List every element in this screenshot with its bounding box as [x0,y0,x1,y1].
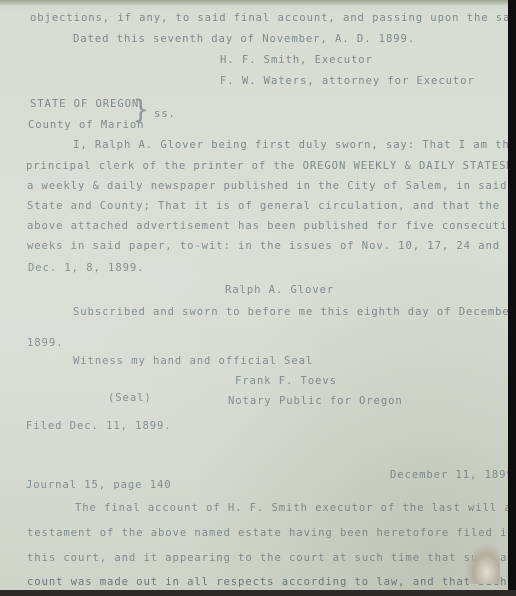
notary-name: Frank F. Toevs [235,375,337,387]
order-line-1: The final account of H. F. Smith executo… [75,502,508,514]
attorney-signature: F. W. Waters, attorney for Executor [220,75,475,87]
affidavit-line-1: I, Ralph A. Glover being first duly swor… [73,139,508,151]
affidavit-line-6: weeks in said paper, to-wit: in the issu… [27,240,500,252]
paper-curl-stain [466,544,500,584]
filed-date: Filed Dec. 11, 1899. [26,420,172,432]
jurat-line-2: 1899. [27,337,63,349]
order-line-3: this court, and it appearing to the cour… [27,552,508,564]
affidavit-line-4: State and County; That it is of general … [27,200,500,212]
order-line-2: testament of the above named estate havi… [27,527,508,539]
affiant-signature: Ralph A. Glover [225,284,334,296]
scan-bottom-edge [0,590,516,596]
witness-line: Witness my hand and official Seal [73,355,313,367]
text-line-objections: objections, if any, to said final accoun… [30,12,508,24]
venue-brace: } [133,97,149,123]
text-line-dated: Dated this seventh day of November, A. D… [73,33,415,45]
entry-date: December 11, 1899 [390,469,508,481]
affidavit-line-7: Dec. 1, 8, 1899. [28,262,144,274]
order-line-4: count was made out in all respects accor… [27,576,507,588]
page-top-shadow [0,0,508,6]
notary-title: Notary Public for Oregon [228,395,403,407]
executor-signature: H. F. Smith, Executor [220,54,373,66]
affidavit-line-3: a weekly & daily newspaper published in … [27,180,507,192]
affidavit-line-5: above attached advertisement has been pu… [27,220,508,232]
affidavit-line-2: principal clerk of the printer of the OR… [26,160,508,172]
seal-label: (Seal) [108,392,152,404]
journal-reference: Journal 15, page 140 [26,479,172,491]
venue-ss: ss. [154,108,176,120]
scan-right-edge [508,0,516,596]
document-page: objections, if any, to said final accoun… [0,0,508,590]
venue-county: County of Marion [28,119,144,131]
venue-state: STATE OF OREGON [30,98,139,110]
jurat-line-1: Subscribed and sworn to before me this e… [73,306,508,318]
